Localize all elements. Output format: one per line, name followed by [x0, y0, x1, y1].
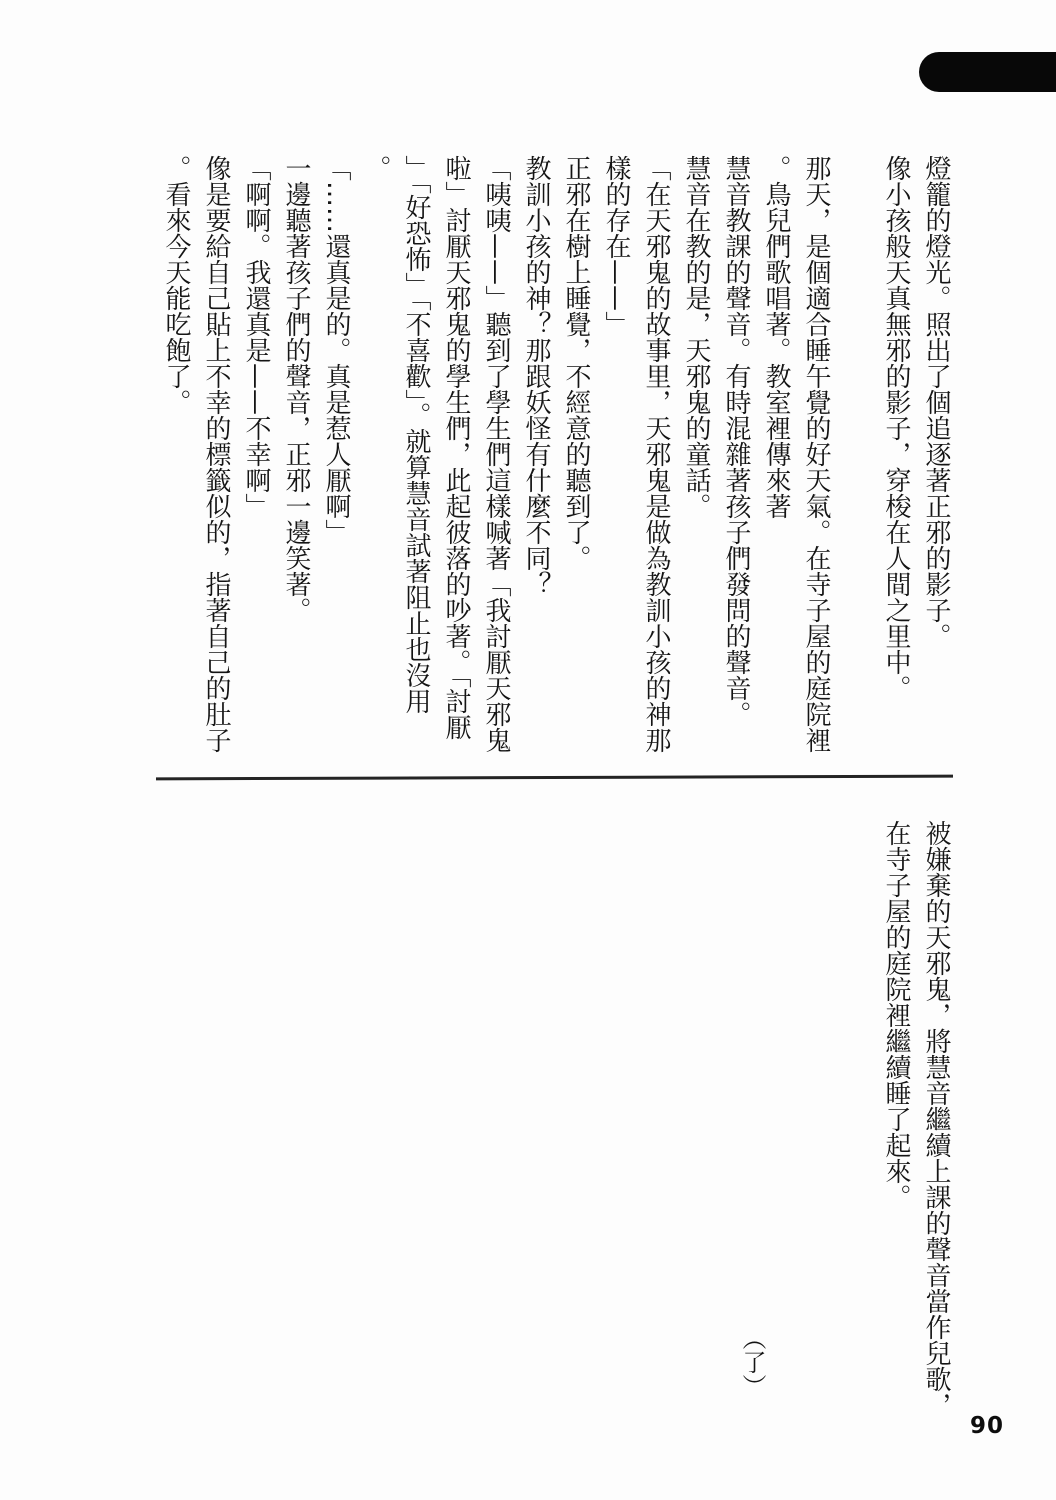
- text-column: 「在天邪鬼的故事里，天邪鬼是做為教訓小孩的神那: [636, 155, 676, 759]
- scanned-novel-page: { "page": { "number": "90" }, "colors": …: [0, 0, 1056, 1500]
- text-column: 」「好恐怖」「不喜歡」。就算慧音試著阻止也沒用: [396, 155, 436, 759]
- blank-column: [836, 155, 876, 759]
- story-lower-block: 被嫌棄的天邪鬼，將慧音繼續上課的聲音當作兒歌， 在寺子屋的庭院裡繼續睡了起來。: [876, 820, 956, 1424]
- story-upper-block: 燈籠的燈光。照出了個追逐著正邪的影子。 像小孩般天真無邪的影子，穿梭在人間之里中…: [156, 155, 956, 759]
- text-column: 像是要給自己貼上不幸的標籤似的，指著自己的肚子: [196, 155, 236, 759]
- text-column: 「……還真是的。真是惹人厭啊」: [316, 155, 356, 759]
- text-column: 。鳥兒們歌唱著。教室裡傳來著: [756, 155, 796, 759]
- page-number: 90: [970, 1413, 1004, 1439]
- text-column: 那天，是個適合睡午覺的好天氣。在寺子屋的庭院裡: [796, 155, 836, 759]
- text-column: 燈籠的燈光。照出了個追逐著正邪的影子。: [916, 155, 956, 759]
- text-column: 一邊聽著孩子們的聲音，正邪一邊笑著。: [276, 155, 316, 759]
- text-column: 像小孩般天真無邪的影子，穿梭在人間之里中。: [876, 155, 916, 759]
- section-divider: [156, 775, 953, 781]
- end-of-story-marker: （了）: [736, 1326, 768, 1398]
- text-column: 。看來今天能吃飽了。: [156, 155, 196, 759]
- corner-tab-bar: [919, 52, 1056, 92]
- text-column: 「咦咦——」聽到了學生們這樣喊著「我討厭天邪鬼: [476, 155, 516, 759]
- text-column: 慧音在教的是，天邪鬼的童話。: [676, 155, 716, 759]
- text-column: 教訓小孩的神？那跟妖怪有什麼不同？: [516, 155, 556, 759]
- text-column: 被嫌棄的天邪鬼，將慧音繼續上課的聲音當作兒歌，: [916, 820, 956, 1424]
- text-column: 「啊啊。我還真是——不幸啊」: [236, 155, 276, 759]
- text-column: 。: [356, 155, 396, 759]
- text-column: 正邪在樹上睡覺，不經意的聽到了。: [556, 155, 596, 759]
- text-column: 在寺子屋的庭院裡繼續睡了起來。: [876, 820, 916, 1424]
- text-column: 慧音教課的聲音。有時混雜著孩子們發問的聲音。: [716, 155, 756, 759]
- text-column: 樣的存在——」: [596, 155, 636, 759]
- text-column: 啦」討厭天邪鬼的學生們，此起彼落的吵著。「討厭: [436, 155, 476, 759]
